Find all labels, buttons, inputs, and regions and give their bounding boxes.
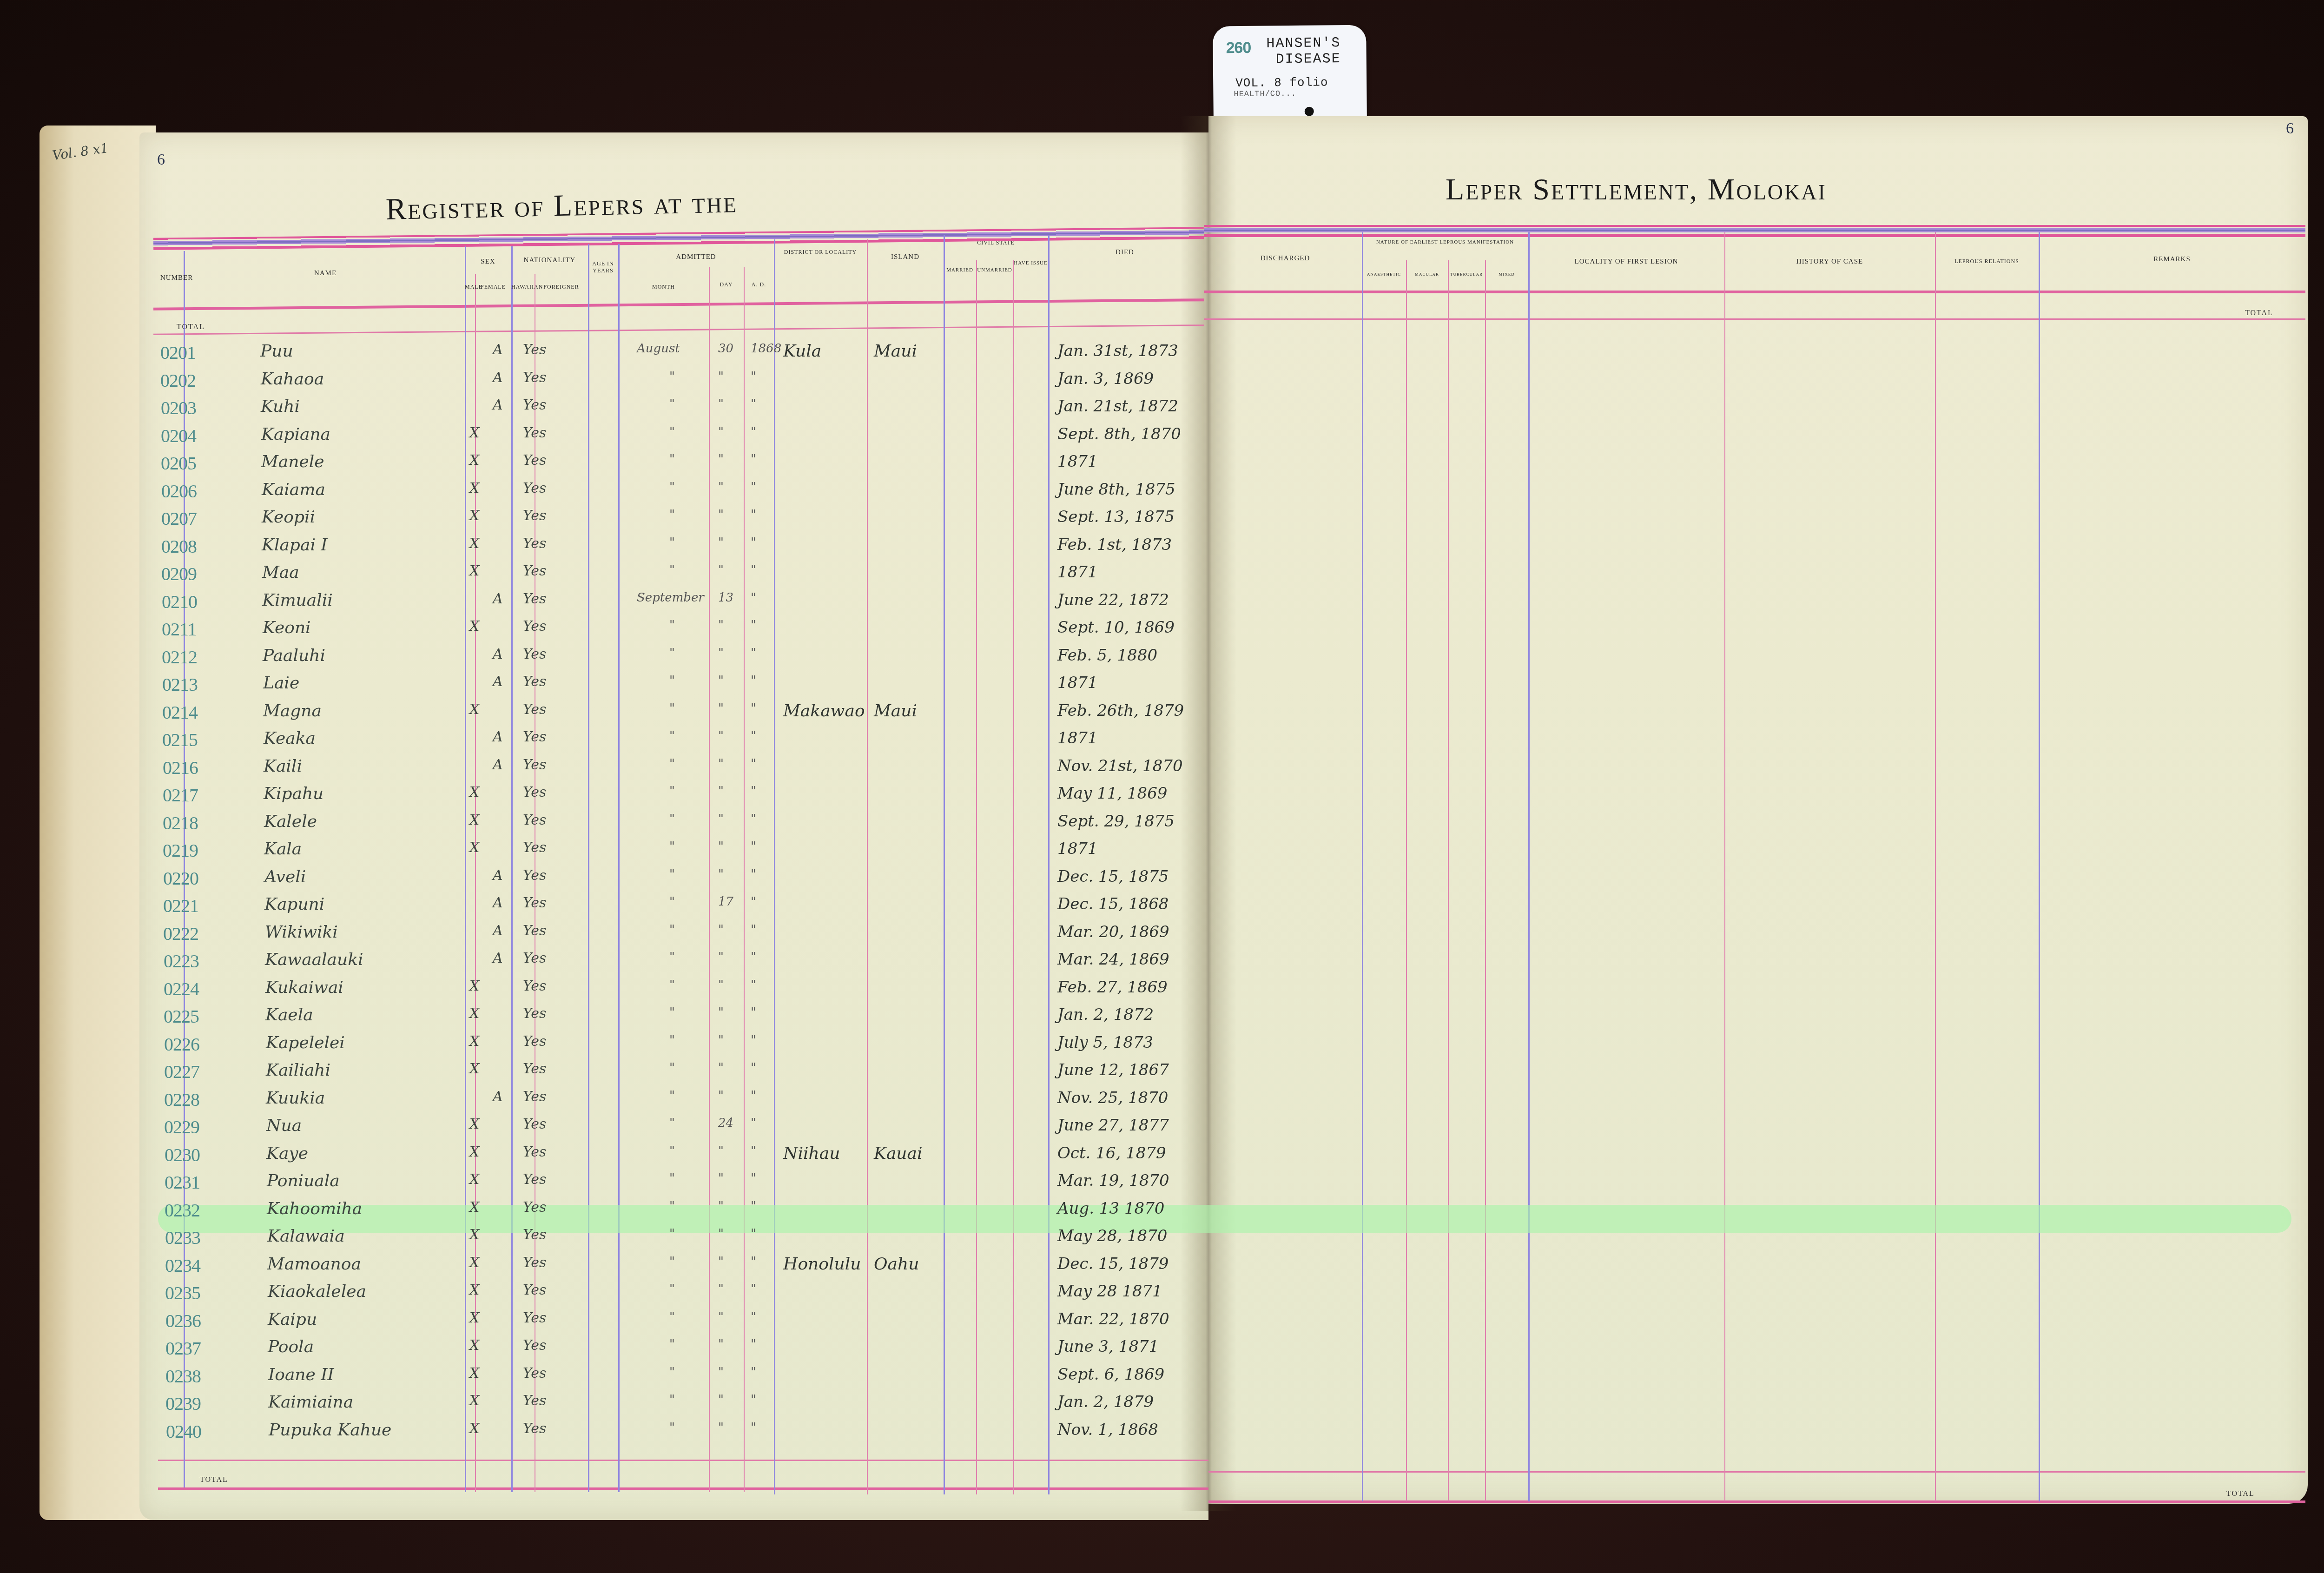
table-row[interactable]: 0229NuaXYes"24"June 27, 1877 — [0, 1116, 2324, 1144]
nationality-hawaiian: Yes — [523, 508, 546, 524]
row-number: 0218 — [163, 812, 198, 834]
row-number: 0212 — [162, 646, 197, 668]
sex-female-mark: A — [493, 370, 503, 386]
header-leprous-relations: Leprous Relations — [1935, 258, 2039, 265]
row-number: 0216 — [163, 757, 198, 779]
patient-name: Kaipu — [268, 1310, 317, 1329]
admitted-month: " — [669, 425, 675, 439]
table-row[interactable]: 0219KalaXYes"""1871 — [0, 839, 2324, 867]
admitted-month: " — [669, 1144, 675, 1158]
district: Honolulu — [783, 1255, 861, 1274]
admitted-day: " — [718, 1421, 724, 1434]
patient-name: Kimualii — [262, 591, 333, 610]
died-date: Feb. 26th, 1879 — [1057, 701, 1184, 720]
table-row[interactable]: 0206KaiamaXYes"""June 8th, 1875 — [0, 480, 2324, 508]
admitted-month: " — [669, 1393, 675, 1407]
died-date: Jan. 21st, 1872 — [1057, 397, 1178, 416]
nationality-hawaiian: Yes — [523, 1227, 546, 1243]
nationality-hawaiian: Yes — [523, 1310, 546, 1326]
nationality-hawaiian: Yes — [523, 923, 546, 939]
table-row[interactable]: 0230KayeXYes"""NiihauKauaiOct. 16, 1879 — [0, 1144, 2324, 1172]
header-mixed: Mixed — [1485, 272, 1528, 277]
total-label-bottom-left: TOTAL — [200, 1476, 228, 1484]
died-date: July 5, 1873 — [1057, 1033, 1153, 1052]
row-number: 0226 — [164, 1033, 199, 1055]
admitted-year: " — [751, 1310, 756, 1324]
died-date: Nov. 21st, 1870 — [1057, 757, 1183, 775]
table-row[interactable]: 0208Klapai IXYes"""Feb. 1st, 1873 — [0, 535, 2324, 563]
sex-male-mark: X — [469, 452, 479, 469]
died-date: Dec. 15, 1875 — [1057, 867, 1169, 886]
admitted-year: " — [751, 784, 756, 798]
row-number: 0222 — [163, 923, 198, 945]
patient-name: Manele — [261, 452, 324, 471]
total-label-bottom-right: TOTAL — [2226, 1490, 2255, 1498]
header-anaesthetic: Anaesthetic — [1362, 272, 1406, 277]
admitted-year: " — [751, 839, 756, 853]
table-row[interactable]: 0235KiaokaleleaXYes"""May 28 1871 — [0, 1282, 2324, 1310]
sex-male-mark: X — [469, 1116, 479, 1132]
died-date: 1871 — [1057, 729, 1098, 747]
header-discharged: Discharged — [1208, 255, 1362, 263]
table-row[interactable]: 0228KuukiaAYes"""Nov. 25, 1870 — [0, 1089, 2324, 1117]
admitted-year: " — [751, 1061, 756, 1075]
admitted-month: " — [669, 1171, 675, 1185]
archive-tab-label: 260 HANSEN'S DISEASE VOL. 8 folio HEALTH… — [1213, 25, 1367, 119]
header-rule-band-right — [1204, 225, 2305, 237]
died-date: 1871 — [1057, 563, 1098, 582]
died-date: Jan. 2, 1872 — [1057, 1005, 1154, 1024]
table-row[interactable]: 0236KaipuXYes"""Mar. 22, 1870 — [0, 1310, 2324, 1338]
sex-male-mark: X — [469, 563, 479, 579]
footer-rule-left — [158, 1460, 1208, 1461]
table-row[interactable]: 0224KukaiwaiXYes"""Feb. 27, 1869 — [0, 978, 2324, 1006]
died-date: June 12, 1867 — [1057, 1061, 1169, 1079]
sex-male-mark: X — [469, 1337, 479, 1354]
header-bottom-rule-right — [1204, 291, 2305, 293]
table-row[interactable]: 0211KeoniXYes"""Sept. 10, 1869 — [0, 618, 2324, 646]
row-number: 0223 — [164, 950, 199, 972]
patient-name: Magna — [263, 701, 322, 720]
table-row[interactable]: 0231PoniualaXYes"""Mar. 19, 1870 — [0, 1171, 2324, 1199]
punch-hole-icon — [1305, 107, 1314, 116]
header-age: Age in Years — [588, 260, 618, 274]
died-date: Mar. 24, 1869 — [1057, 950, 1169, 969]
patient-name: Kiaokalelea — [268, 1282, 366, 1301]
right-folio-number: 6 — [2286, 120, 2294, 138]
header-male: Male — [465, 284, 475, 291]
header-month: Month — [618, 284, 709, 291]
nationality-hawaiian: Yes — [523, 535, 546, 552]
sex-male-mark: X — [469, 1144, 479, 1160]
died-date: Nov. 1, 1868 — [1057, 1421, 1158, 1439]
died-date: Sept. 6, 1869 — [1057, 1365, 1164, 1384]
table-row[interactable]: 0218KaleleXYes"""Sept. 29, 1875 — [0, 812, 2324, 840]
patient-name: Kaela — [265, 1005, 313, 1024]
patient-name: Klapai I — [262, 535, 328, 555]
admitted-month: September — [637, 591, 704, 605]
row-number: 0220 — [163, 867, 198, 889]
nationality-hawaiian: Yes — [523, 1089, 546, 1105]
header-foreigner: Foreigner — [535, 284, 588, 291]
died-date: Dec. 15, 1868 — [1057, 895, 1169, 913]
table-row[interactable]: 0217KipahuXYes"""May 11, 1869 — [0, 784, 2324, 812]
archive-category: HEALTH/CO... — [1234, 90, 1296, 99]
admitted-year: " — [751, 1005, 756, 1019]
table-row[interactable]: 0223KawaalaukiAYes"""Mar. 24, 1869 — [0, 950, 2324, 978]
admitted-month: " — [669, 646, 675, 660]
archive-title: HANSEN'S DISEASE — [1266, 35, 1341, 67]
header-nationality: Nationality — [511, 257, 588, 264]
header-name: Name — [186, 270, 465, 278]
archive-number: 260 — [1226, 39, 1251, 57]
died-date: 1871 — [1057, 839, 1098, 858]
patient-name: Poola — [268, 1337, 314, 1356]
table-row[interactable]: 0201PuuAYesAugust301868KulaMauiJan. 31st… — [0, 342, 2324, 370]
admitted-year: " — [751, 895, 756, 909]
admitted-year: " — [751, 867, 756, 881]
table-row[interactable]: 0227KailiahiXYes"""June 12, 1867 — [0, 1061, 2324, 1089]
admitted-day: " — [718, 397, 724, 411]
table-row[interactable]: 0216KailiAYes"""Nov. 21st, 1870 — [0, 757, 2324, 785]
nationality-hawaiian: Yes — [523, 784, 546, 800]
nationality-hawaiian: Yes — [523, 1033, 546, 1050]
district: Makawao — [783, 701, 865, 720]
table-row[interactable]: 0204KapianaXYes"""Sept. 8th, 1870 — [0, 425, 2324, 453]
patient-name: Wikiwiki — [265, 923, 338, 942]
left-folio-number: 6 — [157, 151, 165, 169]
nationality-hawaiian: Yes — [523, 618, 546, 634]
right-page-title: Leper Settlement, Molokai — [1446, 172, 1827, 207]
patient-name: Kailiahi — [266, 1061, 330, 1080]
sex-male-mark: X — [469, 784, 479, 800]
nationality-hawaiian: Yes — [523, 1365, 546, 1381]
header-civil-state: Civil State — [944, 239, 1048, 246]
admitted-year: " — [751, 1337, 756, 1351]
patient-name: Kahoomiha — [267, 1199, 362, 1218]
admitted-month: " — [669, 1337, 675, 1351]
nationality-hawaiian: Yes — [523, 1282, 546, 1298]
admitted-month: " — [669, 1227, 675, 1241]
header-ad: A. D. — [744, 281, 774, 288]
admitted-day: " — [718, 618, 724, 632]
table-row[interactable]: 0225KaelaXYes"""Jan. 2, 1872 — [0, 1005, 2324, 1033]
island: Maui — [874, 342, 917, 361]
table-row[interactable]: 0222WikiwikiAYes"""Mar. 20, 1869 — [0, 923, 2324, 951]
table-row[interactable]: 0238Ioane IIXYes"""Sept. 6, 1869 — [0, 1365, 2324, 1393]
archive-volume: VOL. 8 folio — [1235, 75, 1328, 90]
sex-male-mark: X — [469, 839, 479, 856]
patient-name: Kaye — [266, 1144, 308, 1163]
table-row[interactable]: 0221KapuniAYes"17"Dec. 15, 1868 — [0, 895, 2324, 923]
admitted-month: " — [669, 812, 675, 826]
nationality-hawaiian: Yes — [523, 1061, 546, 1077]
admitted-day: " — [718, 1365, 724, 1379]
admitted-day: " — [718, 370, 724, 383]
died-date: Sept. 10, 1869 — [1057, 618, 1175, 637]
row-number: 0215 — [162, 729, 198, 751]
patient-name: Maa — [262, 563, 299, 582]
admitted-day: " — [718, 839, 724, 853]
sex-male-mark: X — [469, 1005, 479, 1022]
row-number: 0238 — [165, 1365, 201, 1387]
died-date: Sept. 29, 1875 — [1057, 812, 1175, 831]
table-row[interactable]: 0202KahaoaAYes"""Jan. 3, 1869 — [0, 370, 2324, 397]
table-row[interactable]: 0237PoolaXYes"""June 3, 1871 — [0, 1337, 2324, 1365]
sex-male-mark: X — [469, 1393, 479, 1409]
died-date: Feb. 5, 1880 — [1057, 646, 1157, 665]
table-row[interactable]: 0213LaieAYes"""1871 — [0, 674, 2324, 701]
admitted-day: " — [718, 508, 724, 522]
table-row[interactable]: 0239KaimiainaXYes"""Jan. 2, 1879 — [0, 1393, 2324, 1421]
died-date: Nov. 25, 1870 — [1057, 1089, 1168, 1107]
died-date: June 3, 1871 — [1057, 1337, 1159, 1356]
row-number: 0202 — [160, 370, 196, 391]
patient-name: Kukaiwai — [265, 978, 343, 997]
row-number: 0229 — [164, 1116, 199, 1138]
sex-male-mark: X — [469, 812, 479, 828]
admitted-day: " — [718, 923, 724, 937]
patient-name: Ioane II — [268, 1365, 334, 1384]
died-date: Jan. 31st, 1873 — [1057, 342, 1178, 360]
died-date: Feb. 27, 1869 — [1057, 978, 1168, 997]
died-date: Aug. 13 1870 — [1057, 1199, 1164, 1218]
table-row[interactable]: 0207KeopiiXYes"""Sept. 13, 1875 — [0, 508, 2324, 535]
patient-name: Kuhi — [261, 397, 300, 416]
died-date: 1871 — [1057, 674, 1098, 692]
row-number: 0228 — [164, 1089, 199, 1110]
table-row[interactable]: 0226KapeleleiXYes"""July 5, 1873 — [0, 1033, 2324, 1061]
header-died: Died — [1048, 249, 1202, 257]
nationality-hawaiian: Yes — [523, 701, 546, 718]
admitted-month: " — [669, 701, 675, 715]
row-number: 0237 — [165, 1337, 201, 1359]
admitted-day: " — [718, 729, 724, 743]
admitted-year: " — [751, 923, 756, 937]
patient-name: Kahaoa — [261, 370, 324, 389]
row-number: 0205 — [161, 452, 196, 474]
patient-name: Kipahu — [264, 784, 324, 803]
footer-bottom-rule-left — [158, 1487, 1208, 1490]
sex-female-mark: A — [493, 867, 503, 884]
table-row[interactable]: 0234MamoanoaXYes"""HonoluluOahuDec. 15, … — [0, 1255, 2324, 1282]
admitted-month: " — [669, 1199, 675, 1213]
admitted-month: " — [669, 784, 675, 798]
header-tubercular: Tubercular — [1448, 272, 1485, 277]
admitted-day: " — [718, 1282, 724, 1296]
nationality-hawaiian: Yes — [523, 729, 546, 745]
table-row[interactable]: 0205ManeleXYes"""1871 — [0, 452, 2324, 480]
row-number: 0214 — [162, 701, 198, 723]
admitted-day: " — [718, 1227, 724, 1241]
district: Niihau — [783, 1144, 840, 1163]
admitted-year: " — [751, 508, 756, 522]
patient-name: Kapelelei — [266, 1033, 345, 1052]
admitted-day: " — [718, 757, 724, 771]
sex-female-mark: A — [493, 895, 503, 911]
admitted-month: " — [669, 618, 675, 632]
patient-name: Kapiana — [261, 425, 330, 444]
sex-female-mark: A — [493, 591, 503, 607]
header-island: Island — [867, 253, 944, 261]
admitted-day: " — [718, 950, 724, 964]
nationality-hawaiian: Yes — [523, 452, 546, 469]
header-admitted: Admitted — [618, 253, 774, 261]
admitted-month: " — [669, 950, 675, 964]
patient-name: Aveli — [264, 867, 306, 886]
row-number: 0240 — [166, 1421, 201, 1442]
patient-name: Kalele — [264, 812, 317, 831]
admitted-month: " — [669, 480, 675, 494]
admitted-year: " — [751, 729, 756, 743]
admitted-year: " — [751, 757, 756, 771]
admitted-year: " — [751, 480, 756, 494]
patient-name: Kaimiaina — [268, 1393, 353, 1412]
row-number: 0213 — [162, 674, 198, 695]
sex-female-mark: A — [493, 950, 503, 966]
admitted-month: August — [637, 342, 680, 356]
died-date: June 22, 1872 — [1057, 591, 1169, 609]
admitted-year: " — [751, 1033, 756, 1047]
admitted-month: " — [669, 839, 675, 853]
table-row[interactable]: 0210KimualiiAYesSeptember13"June 22, 187… — [0, 591, 2324, 619]
patient-name: Kaili — [264, 757, 302, 776]
patient-name: Nua — [266, 1116, 302, 1135]
total-rule-right — [1204, 318, 2305, 320]
footer-bottom-rule-right — [1208, 1500, 2305, 1503]
admitted-day: " — [718, 1171, 724, 1185]
nationality-hawaiian: Yes — [523, 1421, 546, 1437]
sex-male-mark: X — [469, 508, 479, 524]
died-date: 1871 — [1057, 452, 1098, 471]
died-date: Oct. 16, 1879 — [1057, 1144, 1166, 1163]
admitted-day: " — [718, 1061, 724, 1075]
header-sex: Sex — [465, 258, 511, 266]
sex-male-mark: X — [469, 1199, 479, 1216]
table-row[interactable]: 0215KeakaAYes"""1871 — [0, 729, 2324, 757]
died-date: Sept. 8th, 1870 — [1057, 425, 1181, 443]
sex-female-mark: A — [493, 729, 503, 745]
patient-name: Kuukia — [266, 1089, 325, 1108]
sex-male-mark: X — [469, 1282, 479, 1298]
header-married: Married — [944, 267, 976, 273]
admitted-year: " — [751, 563, 756, 577]
admitted-month: " — [669, 1116, 675, 1130]
admitted-day: 17 — [718, 895, 733, 909]
row-number: 0219 — [163, 839, 198, 861]
row-number: 0232 — [165, 1199, 200, 1221]
admitted-month: " — [669, 1421, 675, 1434]
patient-name: Pupuka Kahue — [269, 1421, 391, 1440]
admitted-day: " — [718, 1310, 724, 1324]
died-date: Mar. 19, 1870 — [1057, 1171, 1169, 1190]
nationality-hawaiian: Yes — [523, 1005, 546, 1022]
died-date: Mar. 20, 1869 — [1057, 923, 1169, 941]
table-row[interactable]: 0209MaaXYes"""1871 — [0, 563, 2324, 591]
admitted-day: " — [718, 1005, 724, 1019]
header-female: Female — [475, 284, 511, 291]
row-number: 0227 — [164, 1061, 199, 1083]
sex-female-mark: A — [493, 397, 503, 413]
admitted-year: " — [751, 1171, 756, 1185]
admitted-day: " — [718, 1199, 724, 1213]
row-number: 0201 — [160, 342, 196, 364]
sex-male-mark: X — [469, 618, 479, 634]
admitted-month: " — [669, 867, 675, 881]
nationality-hawaiian: Yes — [523, 1116, 546, 1132]
admitted-day: " — [718, 1393, 724, 1407]
row-number: 0211 — [162, 618, 197, 640]
admitted-year: " — [751, 1421, 756, 1434]
row-number: 0217 — [163, 784, 198, 806]
patient-name: Keopii — [262, 508, 315, 527]
table-row[interactable]: 0212PaaluhiAYes"""Feb. 5, 1880 — [0, 646, 2324, 674]
left-page-title: Register of Lepers at the — [385, 185, 738, 227]
row-number: 0204 — [161, 425, 196, 447]
table-row[interactable]: 0232KahoomihaXYes"""Aug. 13 1870 — [0, 1199, 2324, 1227]
row-number: 0230 — [165, 1144, 200, 1166]
total-label-top-right: TOTAL — [2245, 309, 2273, 317]
sex-male-mark: X — [469, 535, 479, 552]
patient-name: Kapuni — [264, 895, 324, 914]
admitted-month: " — [669, 397, 675, 411]
admitted-month: " — [669, 1282, 675, 1296]
sex-female-mark: A — [493, 1089, 503, 1105]
patient-name: Kaiama — [262, 480, 325, 499]
admitted-day: " — [718, 784, 724, 798]
sex-female-mark: A — [493, 674, 503, 690]
admitted-month: " — [669, 1255, 675, 1269]
admitted-month: " — [669, 452, 675, 466]
table-row[interactable]: 0220AveliAYes"""Dec. 15, 1875 — [0, 867, 2324, 895]
patient-name: Kawaalauki — [265, 950, 363, 969]
sex-male-mark: X — [469, 480, 479, 496]
nationality-hawaiian: Yes — [523, 342, 546, 358]
island: Oahu — [874, 1255, 919, 1274]
admitted-day: 24 — [718, 1116, 733, 1130]
sex-male-mark: X — [469, 1171, 479, 1188]
sex-female-mark: A — [493, 646, 503, 662]
table-row[interactable]: 0233KalawaiaXYes"""May 28, 1870 — [0, 1227, 2324, 1255]
header-macular: Macular — [1406, 272, 1448, 277]
island: Maui — [874, 701, 917, 720]
table-row[interactable]: 0240Pupuka KahueXYes"""Nov. 1, 1868 — [0, 1421, 2324, 1448]
admitted-day: " — [718, 867, 724, 881]
header-nature: Nature of Earliest Leprous Manifestation — [1362, 239, 1528, 245]
header-locality-first-lesion: Locality of First Lesion — [1528, 258, 1724, 266]
died-date: Jan. 3, 1869 — [1057, 370, 1154, 388]
admitted-year: " — [751, 701, 756, 715]
nationality-hawaiian: Yes — [523, 1199, 546, 1216]
table-row[interactable]: 0214MagnaXYes"""MakawaoMauiFeb. 26th, 18… — [0, 701, 2324, 729]
sex-male-mark: X — [469, 1227, 479, 1243]
admitted-year: " — [751, 812, 756, 826]
admitted-day: " — [718, 812, 724, 826]
admitted-year: 1868 — [751, 342, 781, 356]
admitted-year: " — [751, 370, 756, 383]
nationality-hawaiian: Yes — [523, 1144, 546, 1160]
sex-male-mark: X — [469, 1255, 479, 1271]
patient-name: Laie — [263, 674, 299, 693]
admitted-month: " — [669, 674, 675, 687]
row-number: 0234 — [165, 1255, 200, 1276]
table-row[interactable]: 0203KuhiAYes"""Jan. 21st, 1872 — [0, 397, 2324, 425]
header-day: Day — [709, 281, 744, 288]
header-have-issue: Have Issue — [1013, 260, 1048, 266]
patient-name: Paaluhi — [263, 646, 325, 665]
patient-name: Keoni — [263, 618, 311, 637]
row-number: 0206 — [161, 480, 197, 502]
